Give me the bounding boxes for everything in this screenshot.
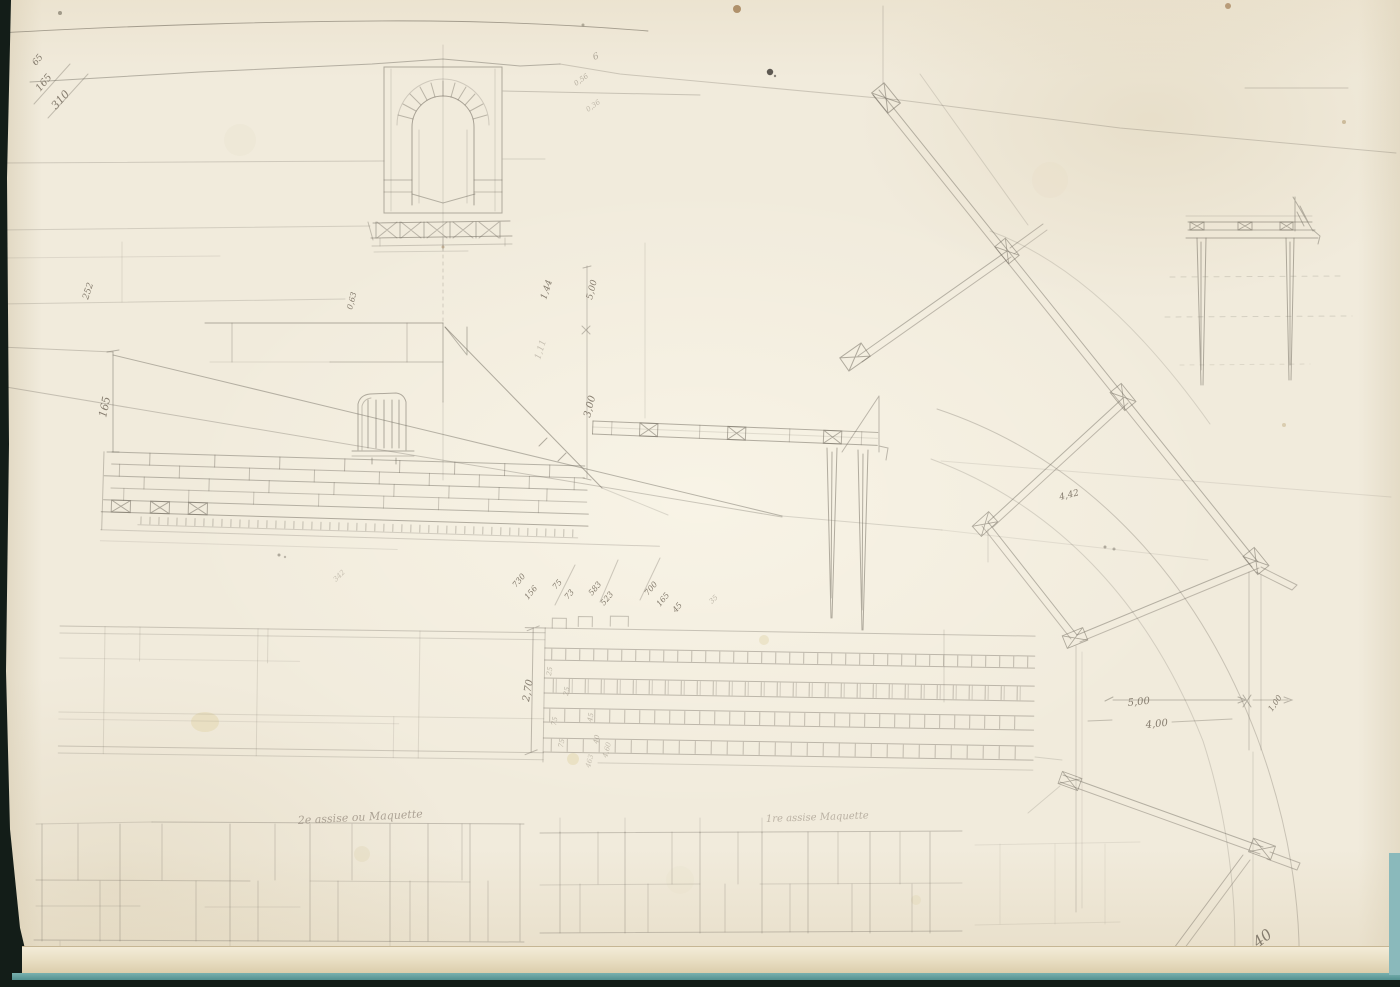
note-top-left-310: 310 <box>49 88 73 112</box>
note-top-left-165: 165 <box>34 72 55 94</box>
masonry-course-band <box>100 452 661 558</box>
trestle-beam-elevation <box>592 396 888 630</box>
page-stack-edge <box>22 946 1400 975</box>
tie-75a: 75 <box>550 716 560 727</box>
dim-300-v: 3,00 <box>582 394 598 419</box>
bottom-masonry-plan-left <box>34 822 524 960</box>
tie-463: 463 <box>584 753 596 769</box>
note-arch-056: 0,56 <box>573 72 591 88</box>
calc-583: 583 <box>587 580 604 597</box>
tie-460: 4,60 <box>601 741 613 760</box>
dim-400-h: 4,00 <box>1144 718 1169 731</box>
rail-track-plan <box>523 615 1035 770</box>
tie-25a: 25 <box>545 666 555 678</box>
calc-523: 523 <box>599 590 616 607</box>
calc-700: 700 <box>643 580 660 597</box>
calc-faint-35: 35 <box>708 593 720 605</box>
sketchbook-page-photo: 65 165 310 6 0,56 0,36 252 0,63 165 1,44… <box>0 0 1400 987</box>
calc-730: 730 <box>511 572 528 589</box>
tie-25b: 25 <box>562 686 572 698</box>
pile-bench-sketch <box>1186 197 1320 385</box>
calc-75: 75 <box>551 578 564 592</box>
pencil-sketch-layer: 65 165 310 6 0,56 0,36 252 0,63 165 1,44… <box>0 0 1400 987</box>
dim-252: 252 <box>81 281 96 302</box>
dim-442: 4,42 <box>1057 488 1080 503</box>
arch-elevation-sketch <box>368 45 512 252</box>
calc-45: 45 <box>670 601 684 615</box>
note-top-left-65: 65 <box>31 53 46 68</box>
calc-73: 73 <box>563 588 576 602</box>
tie-40: 40 <box>592 734 602 746</box>
book-cover-bottom-edge <box>0 980 1400 987</box>
paper-stains <box>58 3 1346 970</box>
bottom-masonry-plan-middle <box>540 818 962 933</box>
dim-111: 1,11 <box>533 339 549 361</box>
note-arch-6: 6 <box>592 51 601 62</box>
gable-ramp-section <box>0 266 1208 560</box>
dim-500-h: 5,00 <box>1127 696 1151 709</box>
arch-base-band <box>368 221 512 252</box>
dim-270: 2,70 <box>521 678 536 703</box>
rail-track-plan-faint-left <box>58 626 545 760</box>
track-dimension-notes: 2,70 25 25 75 75 45 40 4,60 463 <box>521 666 613 770</box>
dim-100: 1,00 <box>1266 693 1284 713</box>
paper-crease <box>0 21 648 33</box>
calc-faint-342: 342 <box>332 568 347 583</box>
note-arch-036: 0,36 <box>585 98 603 114</box>
construction-lines <box>0 6 1396 418</box>
calc-165b: 165 <box>655 591 672 608</box>
tie-75b: 75 <box>557 738 567 749</box>
calc-156: 156 <box>523 584 540 601</box>
dim-063: 0,63 <box>345 291 358 311</box>
dim-144: 1,44 <box>539 279 555 301</box>
bottom-masonry-plan-right <box>975 842 1140 925</box>
cover-blue-right-edge <box>1389 853 1400 975</box>
calc-cluster: 730 156 75 73 583 523 700 165 45 342 35 <box>332 558 720 615</box>
caption-second-course: 2e assise ou Maquette <box>296 807 423 827</box>
handwritten-annotations: 65 165 310 6 0,56 0,36 252 0,63 165 1,44… <box>31 51 1284 951</box>
caption-first-course: 1re assise Maquette <box>766 810 869 825</box>
dim-165: 165 <box>96 395 113 418</box>
